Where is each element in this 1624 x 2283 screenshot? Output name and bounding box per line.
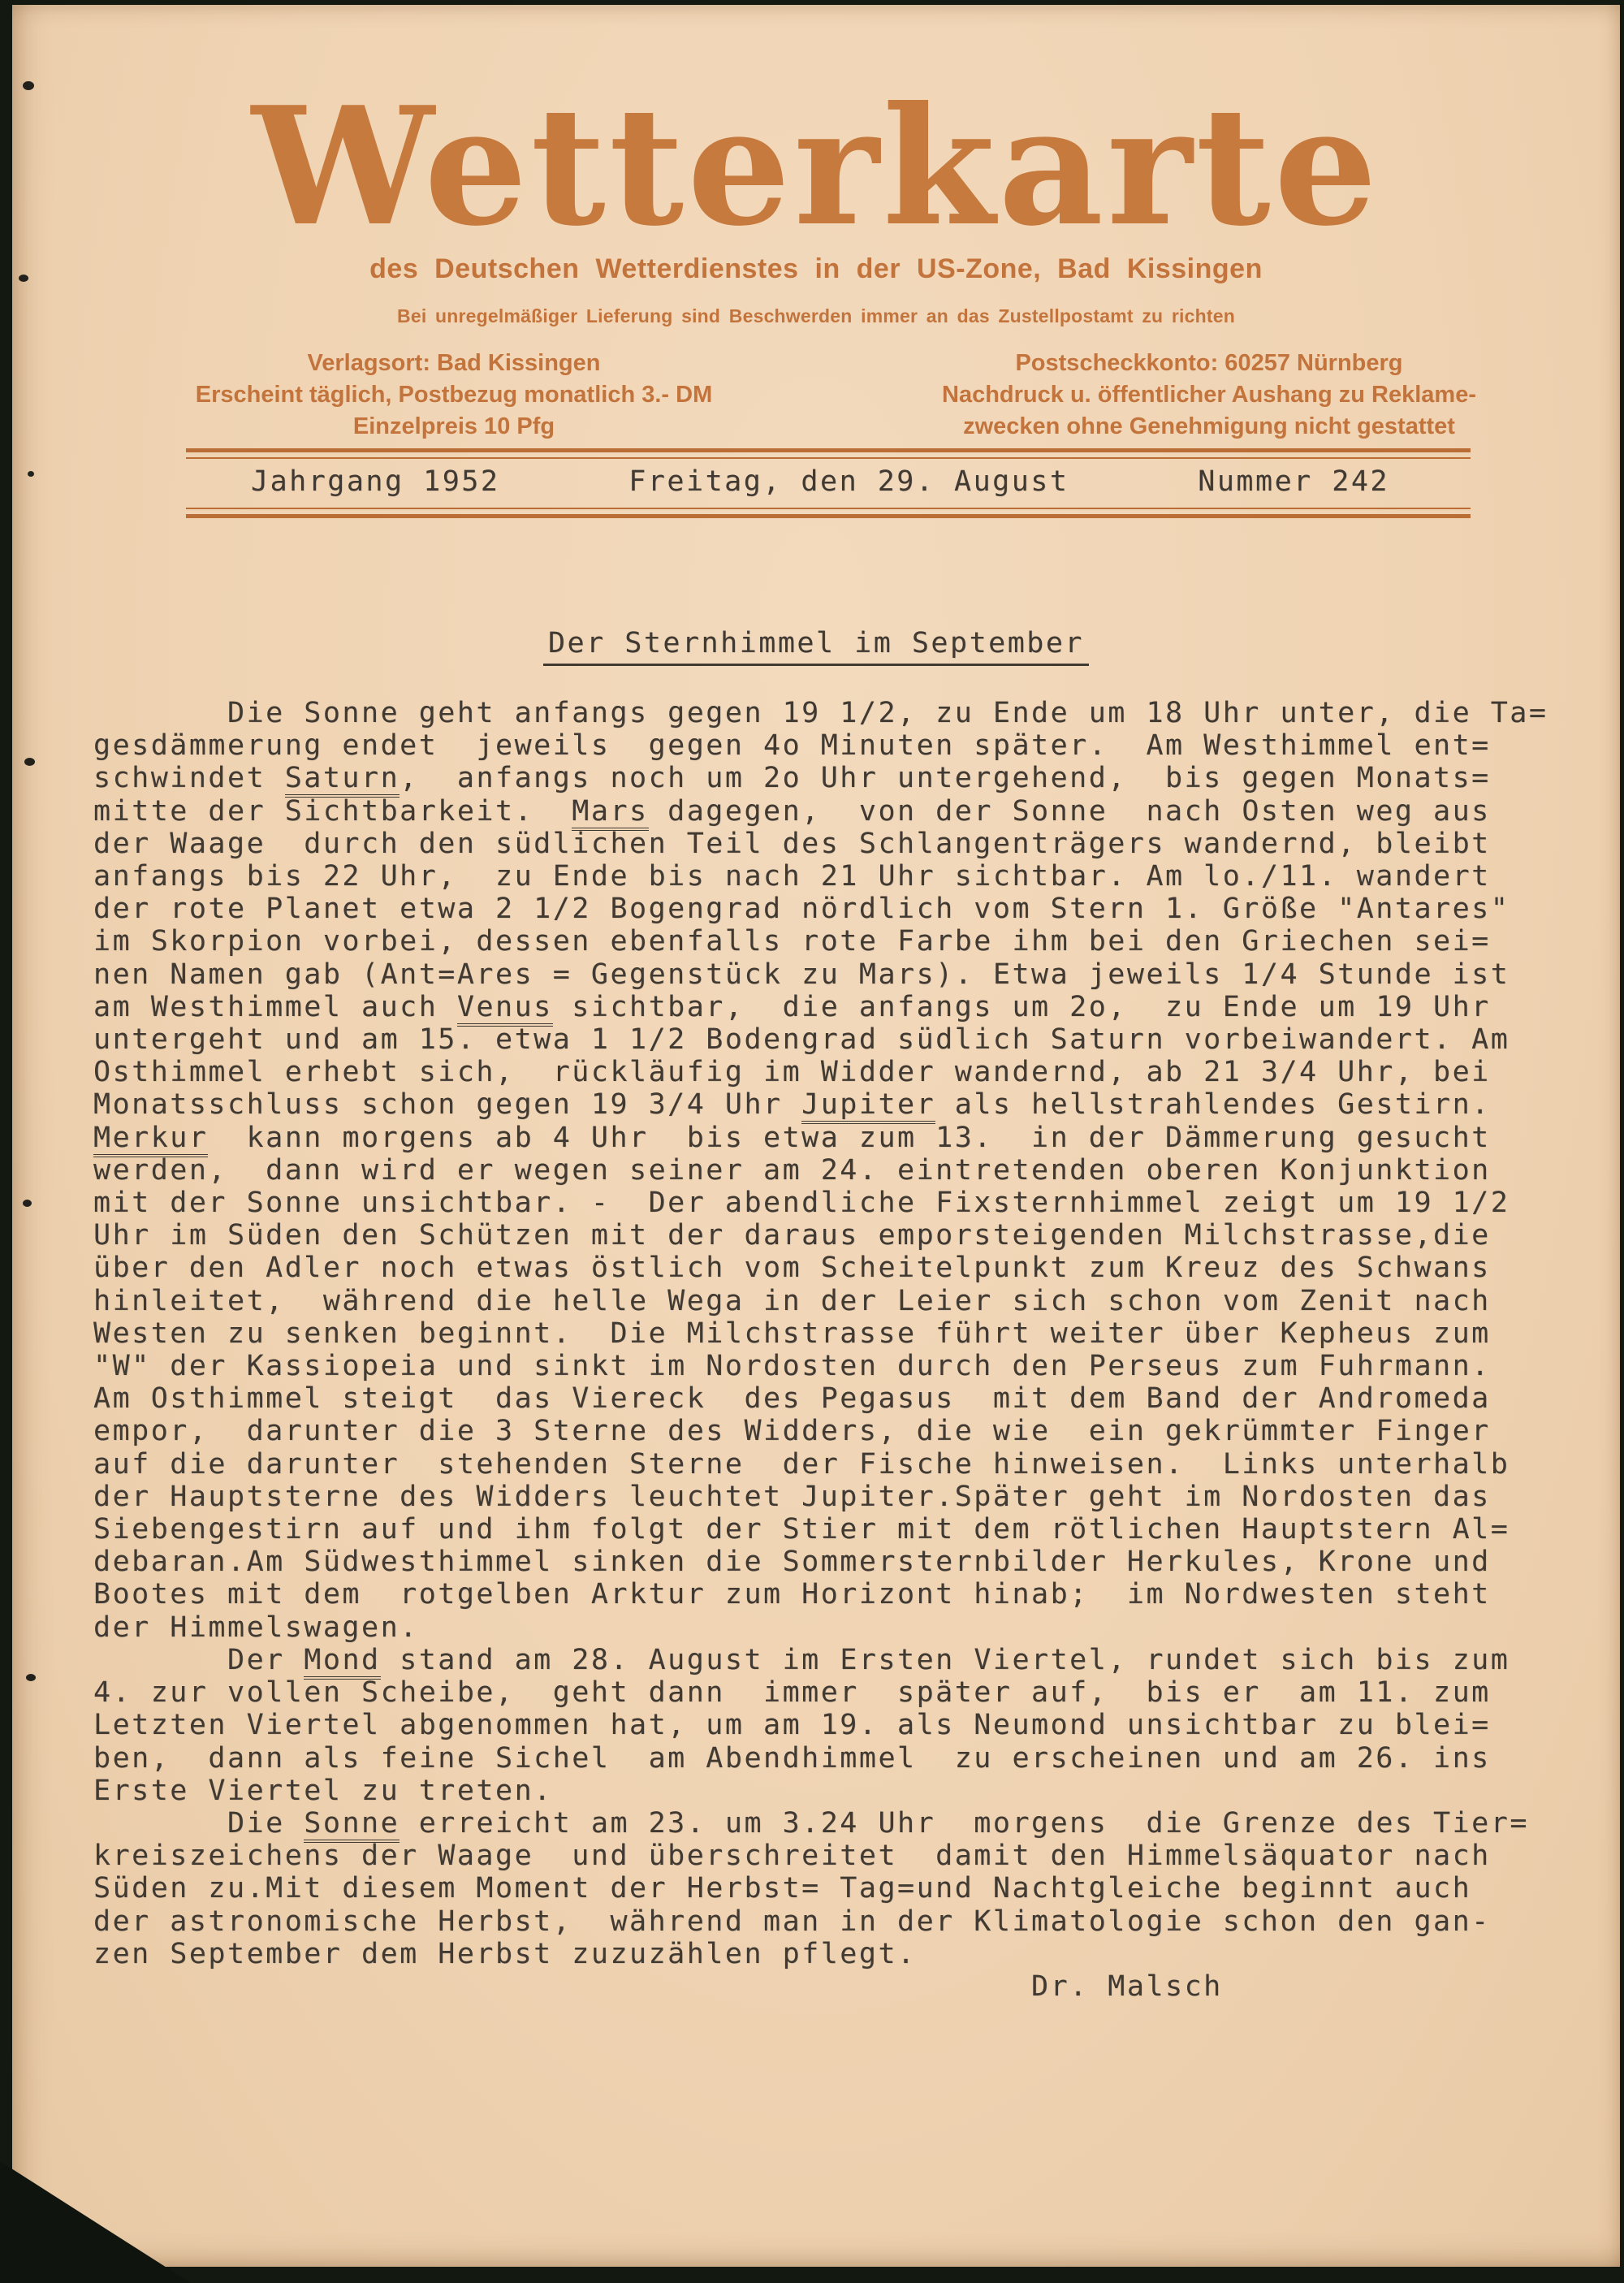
article-line: Der Mond stand am 28. August im Ersten V… xyxy=(93,1644,1604,1676)
scan-speck xyxy=(26,1674,36,1681)
article-line: Bootes mit dem rotgelben Arktur zum Hori… xyxy=(93,1578,1604,1611)
article-line: werden, dann wird er wegen seiner am 24.… xyxy=(93,1154,1604,1187)
article-line: hinleitet, während die helle Wega in der… xyxy=(93,1285,1604,1317)
scan-background: Wetterkarte des Deutschen Wetterdienstes… xyxy=(0,0,1624,2283)
article-heading: Der Sternhimmel im September xyxy=(543,627,1089,666)
article-line: am Westhimmel auch Venus sichtbar, die a… xyxy=(93,991,1604,1023)
publisher-info-left: Verlagsort: Bad Kissingen Erscheint tägl… xyxy=(145,348,762,443)
article-line: empor, darunter die 3 Sterne des Widders… xyxy=(93,1415,1604,1447)
article-line: schwindet Saturn, anfangs noch um 2o Uhr… xyxy=(93,762,1604,794)
article-line: Letzten Viertel abgenommen hat, um am 19… xyxy=(93,1709,1604,1741)
document-page: Wetterkarte des Deutschen Wetterdienstes… xyxy=(12,5,1620,2267)
article-line: "W" der Kassiopeia und sinkt im Nordoste… xyxy=(93,1350,1604,1382)
article-line: untergeht und am 15. etwa 1 1/2 Bodengra… xyxy=(93,1023,1604,1056)
article-line: der Himmelswagen. xyxy=(93,1611,1604,1644)
article-line: mitte der Sichtbarkeit. Mars dagegen, vo… xyxy=(93,795,1604,828)
publisher-line: Nachdruck u. öffentlicher Aushang zu Rek… xyxy=(860,379,1558,411)
article-line: anfangs bis 22 Uhr, zu Ende bis nach 21 … xyxy=(93,860,1604,893)
dateline-band: Jahrgang 1952 Freitag, den 29. August Nu… xyxy=(186,448,1471,518)
scan-speck xyxy=(23,1200,32,1207)
publisher-line: Erscheint täglich, Postbezug monatlich 3… xyxy=(145,379,762,411)
publisher-line: Verlagsort: Bad Kissingen xyxy=(145,348,762,379)
date-label: Freitag, den 29. August xyxy=(628,465,1069,498)
article-line: zen September dem Herbst zuzuzählen pfle… xyxy=(93,1938,1604,1970)
scan-speck xyxy=(28,471,34,477)
scan-speck xyxy=(23,81,34,90)
article-line: gesdämmerung endet jeweils gegen 4o Minu… xyxy=(93,729,1604,762)
article-line: Die Sonne erreicht am 23. um 3.24 Uhr mo… xyxy=(93,1807,1604,1840)
scan-speck xyxy=(24,758,35,766)
article-line: debaran.Am Südwesthimmel sinken die Somm… xyxy=(93,1546,1604,1578)
publisher-line: Postscheckkonto: 60257 Nürnberg xyxy=(860,348,1558,379)
article-line: Am Osthimmel steigt das Viereck des Pega… xyxy=(93,1382,1604,1415)
article-line: Erste Viertel zu treten. xyxy=(93,1775,1604,1807)
article-line: nen Namen gab (Ant=Ares = Gegenstück zu … xyxy=(93,958,1604,991)
article-line: Osthimmel erhebt sich, rückläufig im Wid… xyxy=(93,1056,1604,1088)
article-body: Die Sonne geht anfangs gegen 19 1/2, zu … xyxy=(93,697,1604,2003)
article-line: Merkur kann morgens ab 4 Uhr bis etwa zu… xyxy=(93,1122,1604,1154)
dateline-row: Jahrgang 1952 Freitag, den 29. August Nu… xyxy=(186,457,1471,509)
article-line: der rote Planet etwa 2 1/2 Bogengrad nör… xyxy=(93,893,1604,925)
article-line: der Waage durch den südlichen Teil des S… xyxy=(93,828,1604,860)
article-line: Dr. Malsch xyxy=(93,1970,1604,2003)
article-heading-wrap: Der Sternhimmel im September xyxy=(12,627,1620,666)
publisher-info-right: Postscheckkonto: 60257 Nürnberg Nachdruc… xyxy=(860,348,1558,443)
page-corner-shadow xyxy=(0,2161,191,2283)
masthead-title: Wetterkarte xyxy=(12,86,1620,249)
article-line: Die Sonne geht anfangs gegen 19 1/2, zu … xyxy=(93,697,1604,729)
volume-label: Jahrgang 1952 xyxy=(251,465,499,498)
article-line: Monatsschluss schon gegen 19 3/4 Uhr Jup… xyxy=(93,1088,1604,1121)
article-line: mit der Sonne unsichtbar. - Der abendlic… xyxy=(93,1187,1604,1219)
article-line: der astronomische Herbst, während man in… xyxy=(93,1905,1604,1938)
issue-number-label: Nummer 242 xyxy=(1198,465,1389,498)
article-line: im Skorpion vorbei, dessen ebenfalls rot… xyxy=(93,925,1604,958)
article-line: ben, dann als feine Sichel am Abendhimme… xyxy=(93,1742,1604,1775)
article-line: Siebengestirn auf und ihm folgt der Stie… xyxy=(93,1513,1604,1546)
publisher-line: zwecken ohne Genehmigung nicht gestattet xyxy=(860,411,1558,443)
article-line: 4. zur vollen Scheibe, geht dann immer s… xyxy=(93,1676,1604,1709)
article-line: kreiszeichens der Waage und überschreite… xyxy=(93,1840,1604,1872)
publisher-line: Einzelpreis 10 Pfg xyxy=(145,411,762,443)
delivery-note: Bei unregelmäßiger Lieferung sind Beschw… xyxy=(12,305,1620,327)
scan-speck xyxy=(19,275,28,282)
article-line: der Hauptsterne des Widders leuchtet Jup… xyxy=(93,1481,1604,1513)
article-line: Süden zu.Mit diesem Moment der Herbst= T… xyxy=(93,1872,1604,1905)
article-line: über den Adler noch etwas östlich vom Sc… xyxy=(93,1252,1604,1284)
article-line: Westen zu senken beginnt. Die Milchstras… xyxy=(93,1317,1604,1350)
masthead-subtitle: des Deutschen Wetterdienstes in der US-Z… xyxy=(12,253,1620,285)
article-line: auf die darunter stehenden Sterne der Fi… xyxy=(93,1448,1604,1481)
article-line: Uhr im Süden den Schützen mit der daraus… xyxy=(93,1219,1604,1252)
